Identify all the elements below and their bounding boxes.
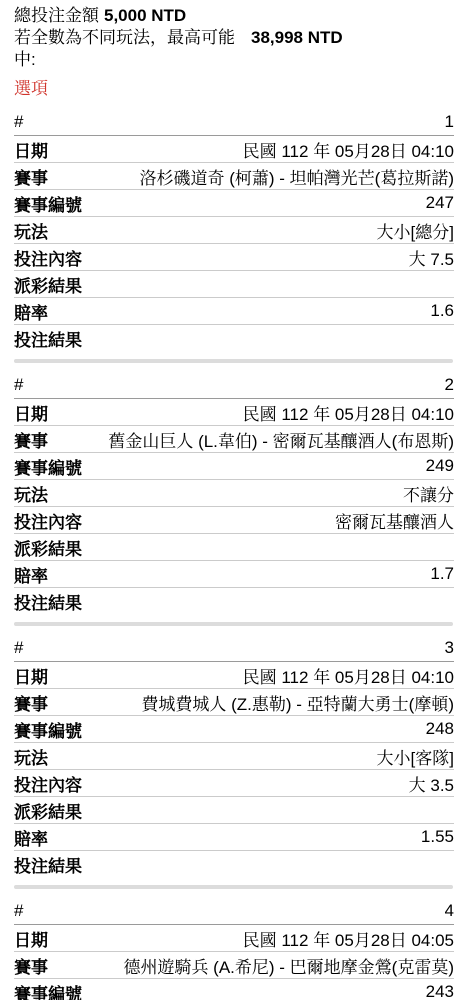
odds-label: 賠率 (14, 825, 48, 850)
bet-result-label: 投注結果 (14, 852, 82, 877)
bet-summary: 總投注金額5,000 NTD 若全數為不同玩法，最高可能中: 38,998 NT… (14, 5, 454, 71)
number-label: # (14, 375, 23, 395)
event-id-value: 247 (426, 193, 454, 213)
event-id-value: 248 (426, 719, 454, 739)
bet-row-event: 賽事舊金山巨人 (L.韋伯) - 密爾瓦基釀酒人(布恩斯) (14, 426, 454, 453)
date-label: 日期 (14, 137, 48, 162)
number-value: 1 (445, 112, 454, 132)
bet-record: #3日期民國 112 年 05月28日 04:10賽事費城費城人 (Z.惠勒) … (14, 635, 454, 878)
date-label: 日期 (14, 926, 48, 951)
bet-row-number: #1 (14, 109, 454, 136)
bet-row-date: 日期民國 112 年 05月28日 04:05 (14, 925, 454, 952)
bet-row-payout-result: 派彩結果 (14, 271, 454, 298)
play-type-value: 大小[總分] (377, 218, 454, 243)
bet-row-play-type: 玩法大小[客隊] (14, 743, 454, 770)
bet-row-event: 賽事費城費城人 (Z.惠勒) - 亞特蘭大勇士(摩頓) (14, 689, 454, 716)
odds-label: 賠率 (14, 562, 48, 587)
bet-row-bet-content: 投注內容大 7.5 (14, 244, 454, 271)
event-value: 洛杉磯道奇 (柯蕭) - 坦帕灣光芒(葛拉斯諾) (140, 164, 454, 189)
bet-content-value: 大 7.5 (409, 245, 454, 270)
total-bet-amount: 5,000 NTD (104, 6, 186, 25)
max-win-line: 若全數為不同玩法，最高可能中: 38,998 NTD (14, 27, 454, 71)
bet-content-label: 投注內容 (14, 508, 82, 533)
event-id-label: 賽事編號 (14, 191, 82, 216)
bet-row-number: #4 (14, 898, 454, 925)
bet-row-bet-content: 投注內容大 3.5 (14, 770, 454, 797)
bet-row-odds: 賠率1.55 (14, 824, 454, 851)
bet-result-label: 投注結果 (14, 589, 82, 614)
record-separator (14, 885, 453, 889)
event-id-value: 249 (426, 456, 454, 476)
bet-row-event-id: 賽事編號243 (14, 979, 454, 1000)
bet-content-label: 投注內容 (14, 245, 82, 270)
event-value: 德州遊騎兵 (A.希尼) - 巴爾地摩金鶯(克雷莫) (123, 953, 454, 978)
bet-row-play-type: 玩法大小[總分] (14, 217, 454, 244)
number-value: 3 (445, 638, 454, 658)
bet-row-number: #2 (14, 372, 454, 399)
bet-result-label: 投注結果 (14, 326, 82, 351)
bet-row-number: #3 (14, 635, 454, 662)
bet-record: #4日期民國 112 年 05月28日 04:05賽事德州遊騎兵 (A.希尼) … (14, 898, 454, 1000)
number-label: # (14, 112, 23, 132)
play-type-label: 玩法 (14, 744, 48, 769)
bet-content-value: 大 3.5 (409, 771, 454, 796)
odds-value: 1.6 (430, 301, 454, 321)
play-type-label: 玩法 (14, 218, 48, 243)
number-value: 2 (445, 375, 454, 395)
bet-row-event: 賽事洛杉磯道奇 (柯蕭) - 坦帕灣光芒(葛拉斯諾) (14, 163, 454, 190)
bet-record: #2日期民國 112 年 05月28日 04:10賽事舊金山巨人 (L.韋伯) … (14, 372, 454, 615)
record-separator (14, 622, 453, 626)
event-label: 賽事 (14, 164, 48, 189)
date-value: 民國 112 年 05月28日 04:05 (243, 926, 454, 951)
date-value: 民國 112 年 05月28日 04:10 (243, 400, 454, 425)
bet-row-bet-result: 投注結果 (14, 851, 454, 878)
bet-row-payout-result: 派彩結果 (14, 797, 454, 824)
bet-history-page: 總投注金額5,000 NTD 若全數為不同玩法，最高可能中: 38,998 NT… (0, 0, 467, 1000)
odds-value: 1.55 (421, 827, 454, 847)
total-bet-line: 總投注金額5,000 NTD (14, 5, 454, 27)
record-separator (14, 359, 453, 363)
bet-row-date: 日期民國 112 年 05月28日 04:10 (14, 662, 454, 689)
event-id-value: 243 (426, 982, 454, 1000)
bet-content-label: 投注內容 (14, 771, 82, 796)
play-type-value: 大小[客隊] (377, 744, 454, 769)
event-id-label: 賽事編號 (14, 454, 82, 479)
bet-row-bet-result: 投注結果 (14, 325, 454, 352)
event-value: 舊金山巨人 (L.韋伯) - 密爾瓦基釀酒人(布恩斯) (108, 427, 454, 452)
date-value: 民國 112 年 05月28日 04:10 (243, 663, 454, 688)
bet-content-value: 密爾瓦基釀酒人 (335, 508, 454, 533)
payout-result-label: 派彩結果 (14, 272, 82, 297)
bet-row-odds: 賠率1.6 (14, 298, 454, 325)
play-type-label: 玩法 (14, 481, 48, 506)
bet-row-payout-result: 派彩結果 (14, 534, 454, 561)
payout-result-label: 派彩結果 (14, 535, 82, 560)
bet-record: #1日期民國 112 年 05月28日 04:10賽事洛杉磯道奇 (柯蕭) - … (14, 109, 454, 352)
odds-label: 賠率 (14, 299, 48, 324)
event-value: 費城費城人 (Z.惠勒) - 亞特蘭大勇士(摩頓) (141, 690, 454, 715)
date-label: 日期 (14, 400, 48, 425)
date-label: 日期 (14, 663, 48, 688)
event-label: 賽事 (14, 690, 48, 715)
bet-row-event: 賽事德州遊騎兵 (A.希尼) - 巴爾地摩金鶯(克雷莫) (14, 952, 454, 979)
payout-result-label: 派彩結果 (14, 798, 82, 823)
bet-row-bet-content: 投注內容密爾瓦基釀酒人 (14, 507, 454, 534)
number-value: 4 (445, 901, 454, 921)
total-bet-label: 總投注金額 (14, 6, 99, 25)
bet-row-odds: 賠率1.7 (14, 561, 454, 588)
bet-row-play-type: 玩法不讓分 (14, 480, 454, 507)
event-id-label: 賽事編號 (14, 717, 82, 742)
event-label: 賽事 (14, 427, 48, 452)
max-win-label: 若全數為不同玩法，最高可能中: (14, 27, 251, 71)
play-type-value: 不讓分 (403, 481, 454, 506)
bets-list: #1日期民國 112 年 05月28日 04:10賽事洛杉磯道奇 (柯蕭) - … (14, 109, 454, 1000)
odds-value: 1.7 (430, 564, 454, 584)
options-heading: 選項 (14, 78, 454, 100)
bet-row-event-id: 賽事編號249 (14, 453, 454, 480)
number-label: # (14, 901, 23, 921)
bet-row-date: 日期民國 112 年 05月28日 04:10 (14, 136, 454, 163)
max-win-amount: 38,998 NTD (251, 27, 343, 49)
bet-row-event-id: 賽事編號247 (14, 190, 454, 217)
date-value: 民國 112 年 05月28日 04:10 (243, 137, 454, 162)
bet-row-date: 日期民國 112 年 05月28日 04:10 (14, 399, 454, 426)
event-id-label: 賽事編號 (14, 980, 82, 1000)
event-label: 賽事 (14, 953, 48, 978)
number-label: # (14, 638, 23, 658)
bet-row-event-id: 賽事編號248 (14, 716, 454, 743)
bet-row-bet-result: 投注結果 (14, 588, 454, 615)
